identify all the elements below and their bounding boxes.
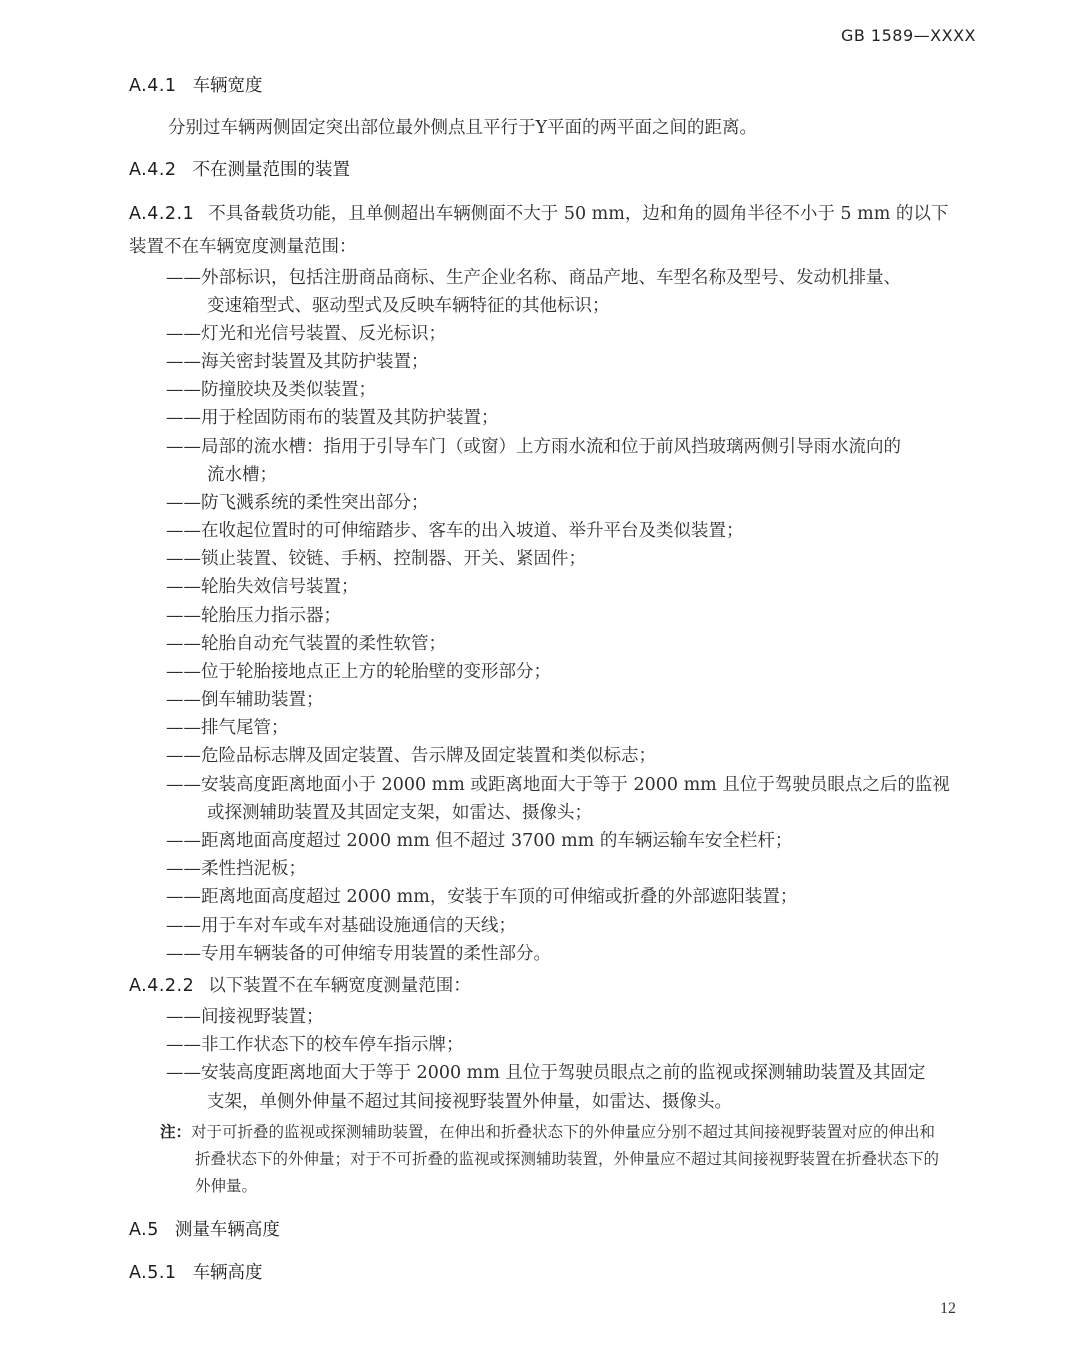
section-body-a41: 分别过车辆两侧固定突出部位最外侧点且平行于Y平面的两平面之间的距离。 bbox=[168, 116, 757, 140]
section-number: A.5 bbox=[129, 1218, 159, 1242]
note-label: 注： bbox=[160, 1123, 191, 1141]
section-title: 测量车辆高度 bbox=[175, 1220, 280, 1240]
list-item: ——局部的流水槽：指用于引导车门（或窗）上方雨水流和位于前风挡玻璃两侧引导雨水流… bbox=[166, 435, 901, 459]
section-title: 车辆宽度 bbox=[193, 76, 263, 96]
list-item-continuation: 流水槽； bbox=[207, 463, 277, 487]
list-item: ——在收起位置时的可伸缩踏步、客车的出入坡道、举升平台及类似装置； bbox=[166, 519, 744, 543]
list-item: ——锁止装置、铰链、手柄、控制器、开关、紧固件； bbox=[166, 547, 586, 571]
list-item: ——用于车对车或车对基础设施通信的天线； bbox=[166, 914, 516, 938]
note-line-2: 折叠状态下的外伸量；对于不可折叠的监视或探测辅助装置，外伸量应不超过其间接视野装… bbox=[195, 1148, 939, 1170]
note-line-3: 外伸量。 bbox=[195, 1175, 257, 1197]
clause-number: A.4.2.2 bbox=[129, 974, 194, 998]
list-item: ——位于轮胎接地点正上方的轮胎壁的变形部分； bbox=[166, 660, 551, 684]
list-item: ——专用车辆装备的可伸缩专用装置的柔性部分。 bbox=[166, 942, 551, 966]
section-heading-a5: A.5测量车辆高度 bbox=[129, 1218, 280, 1242]
list-item: ——灯光和光信号装置、反光标识； bbox=[166, 322, 446, 346]
list-item-continuation: 变速箱型式、驱动型式及反映车辆特征的其他标识； bbox=[207, 294, 610, 318]
note-text: 对于可折叠的监视或探测辅助装置，在伸出和折叠状态下的外伸量应分别不超过其间接视野… bbox=[191, 1123, 935, 1141]
section-title: 不在测量范围的装置 bbox=[193, 160, 351, 180]
list-item: ——轮胎自动充气装置的柔性软管； bbox=[166, 632, 446, 656]
section-number: A.5.1 bbox=[129, 1261, 177, 1285]
list-item: ——距离地面高度超过 2000 mm 但不超过 3700 mm 的车辆运输车安全… bbox=[166, 829, 792, 853]
list-item-continuation: 支架，单侧外伸量不超过其间接视野装置外伸量，如雷达、摄像头。 bbox=[207, 1090, 732, 1114]
list-item: ——安装高度距离地面大于等于 2000 mm 且位于驾驶员眼点之前的监视或探测辅… bbox=[166, 1061, 925, 1085]
list-item: ——海关密封装置及其防护装置； bbox=[166, 350, 429, 374]
list-item: ——非工作状态下的校车停车指示牌； bbox=[166, 1033, 464, 1057]
clause-text: 以下装置不在车辆宽度测量范围： bbox=[208, 976, 471, 996]
section-title: 车辆高度 bbox=[193, 1263, 263, 1283]
list-item: ——用于栓固防雨布的装置及其防护装置； bbox=[166, 406, 499, 430]
list-item: ——外部标识，包括注册商品商标、生产企业名称、商品产地、车型名称及型号、发动机排… bbox=[166, 266, 901, 290]
list-item: ——安装高度距离地面小于 2000 mm 或距离地面大于等于 2000 mm 且… bbox=[166, 773, 950, 797]
standard-code: GB 1589—XXXX bbox=[841, 26, 976, 45]
list-item: ——倒车辅助装置； bbox=[166, 688, 324, 712]
clause-a422: A.4.2.2以下装置不在车辆宽度测量范围： bbox=[129, 974, 471, 998]
list-item: ——间接视野装置； bbox=[166, 1005, 324, 1029]
list-item: ——防飞溅系统的柔性突出部分； bbox=[166, 491, 429, 515]
list-item: ——柔性挡泥板； bbox=[166, 857, 306, 881]
list-item: ——距离地面高度超过 2000 mm，安装于车顶的可伸缩或折叠的外部遮阳装置； bbox=[166, 885, 797, 909]
list-item: ——危险品标志牌及固定装置、告示牌及固定装置和类似标志； bbox=[166, 744, 656, 768]
clause-number: A.4.2.1 bbox=[129, 202, 194, 226]
list-item: ——轮胎失效信号装置； bbox=[166, 575, 359, 599]
section-heading-a41: A.4.1车辆宽度 bbox=[129, 74, 263, 98]
list-item: ——轮胎压力指示器； bbox=[166, 604, 341, 628]
page-number: 12 bbox=[940, 1300, 956, 1318]
list-item: ——防撞胶块及类似装置； bbox=[166, 378, 376, 402]
note-line-1: 注：对于可折叠的监视或探测辅助装置，在伸出和折叠状态下的外伸量应分别不超过其间接… bbox=[160, 1121, 935, 1143]
list-item: ——排气尾管； bbox=[166, 716, 289, 740]
clause-a421-line1: A.4.2.1不具备载货功能，且单侧超出车辆侧面不大于 50 mm，边和角的圆角… bbox=[129, 202, 948, 226]
document-page: GB 1589—XXXX A.4.1车辆宽度 分别过车辆两侧固定突出部位最外侧点… bbox=[0, 0, 1080, 1348]
section-number: A.4.2 bbox=[129, 158, 177, 182]
clause-text: 不具备载货功能，且单侧超出车辆侧面不大于 50 mm，边和角的圆角半径不小于 5… bbox=[208, 204, 948, 224]
section-heading-a42: A.4.2不在测量范围的装置 bbox=[129, 158, 350, 182]
section-number: A.4.1 bbox=[129, 74, 177, 98]
clause-a421-line2: 装置不在车辆宽度测量范围： bbox=[129, 235, 357, 259]
section-heading-a51: A.5.1车辆高度 bbox=[129, 1261, 263, 1285]
list-item-continuation: 或探测辅助装置及其固定支架，如雷达、摄像头； bbox=[207, 801, 592, 825]
